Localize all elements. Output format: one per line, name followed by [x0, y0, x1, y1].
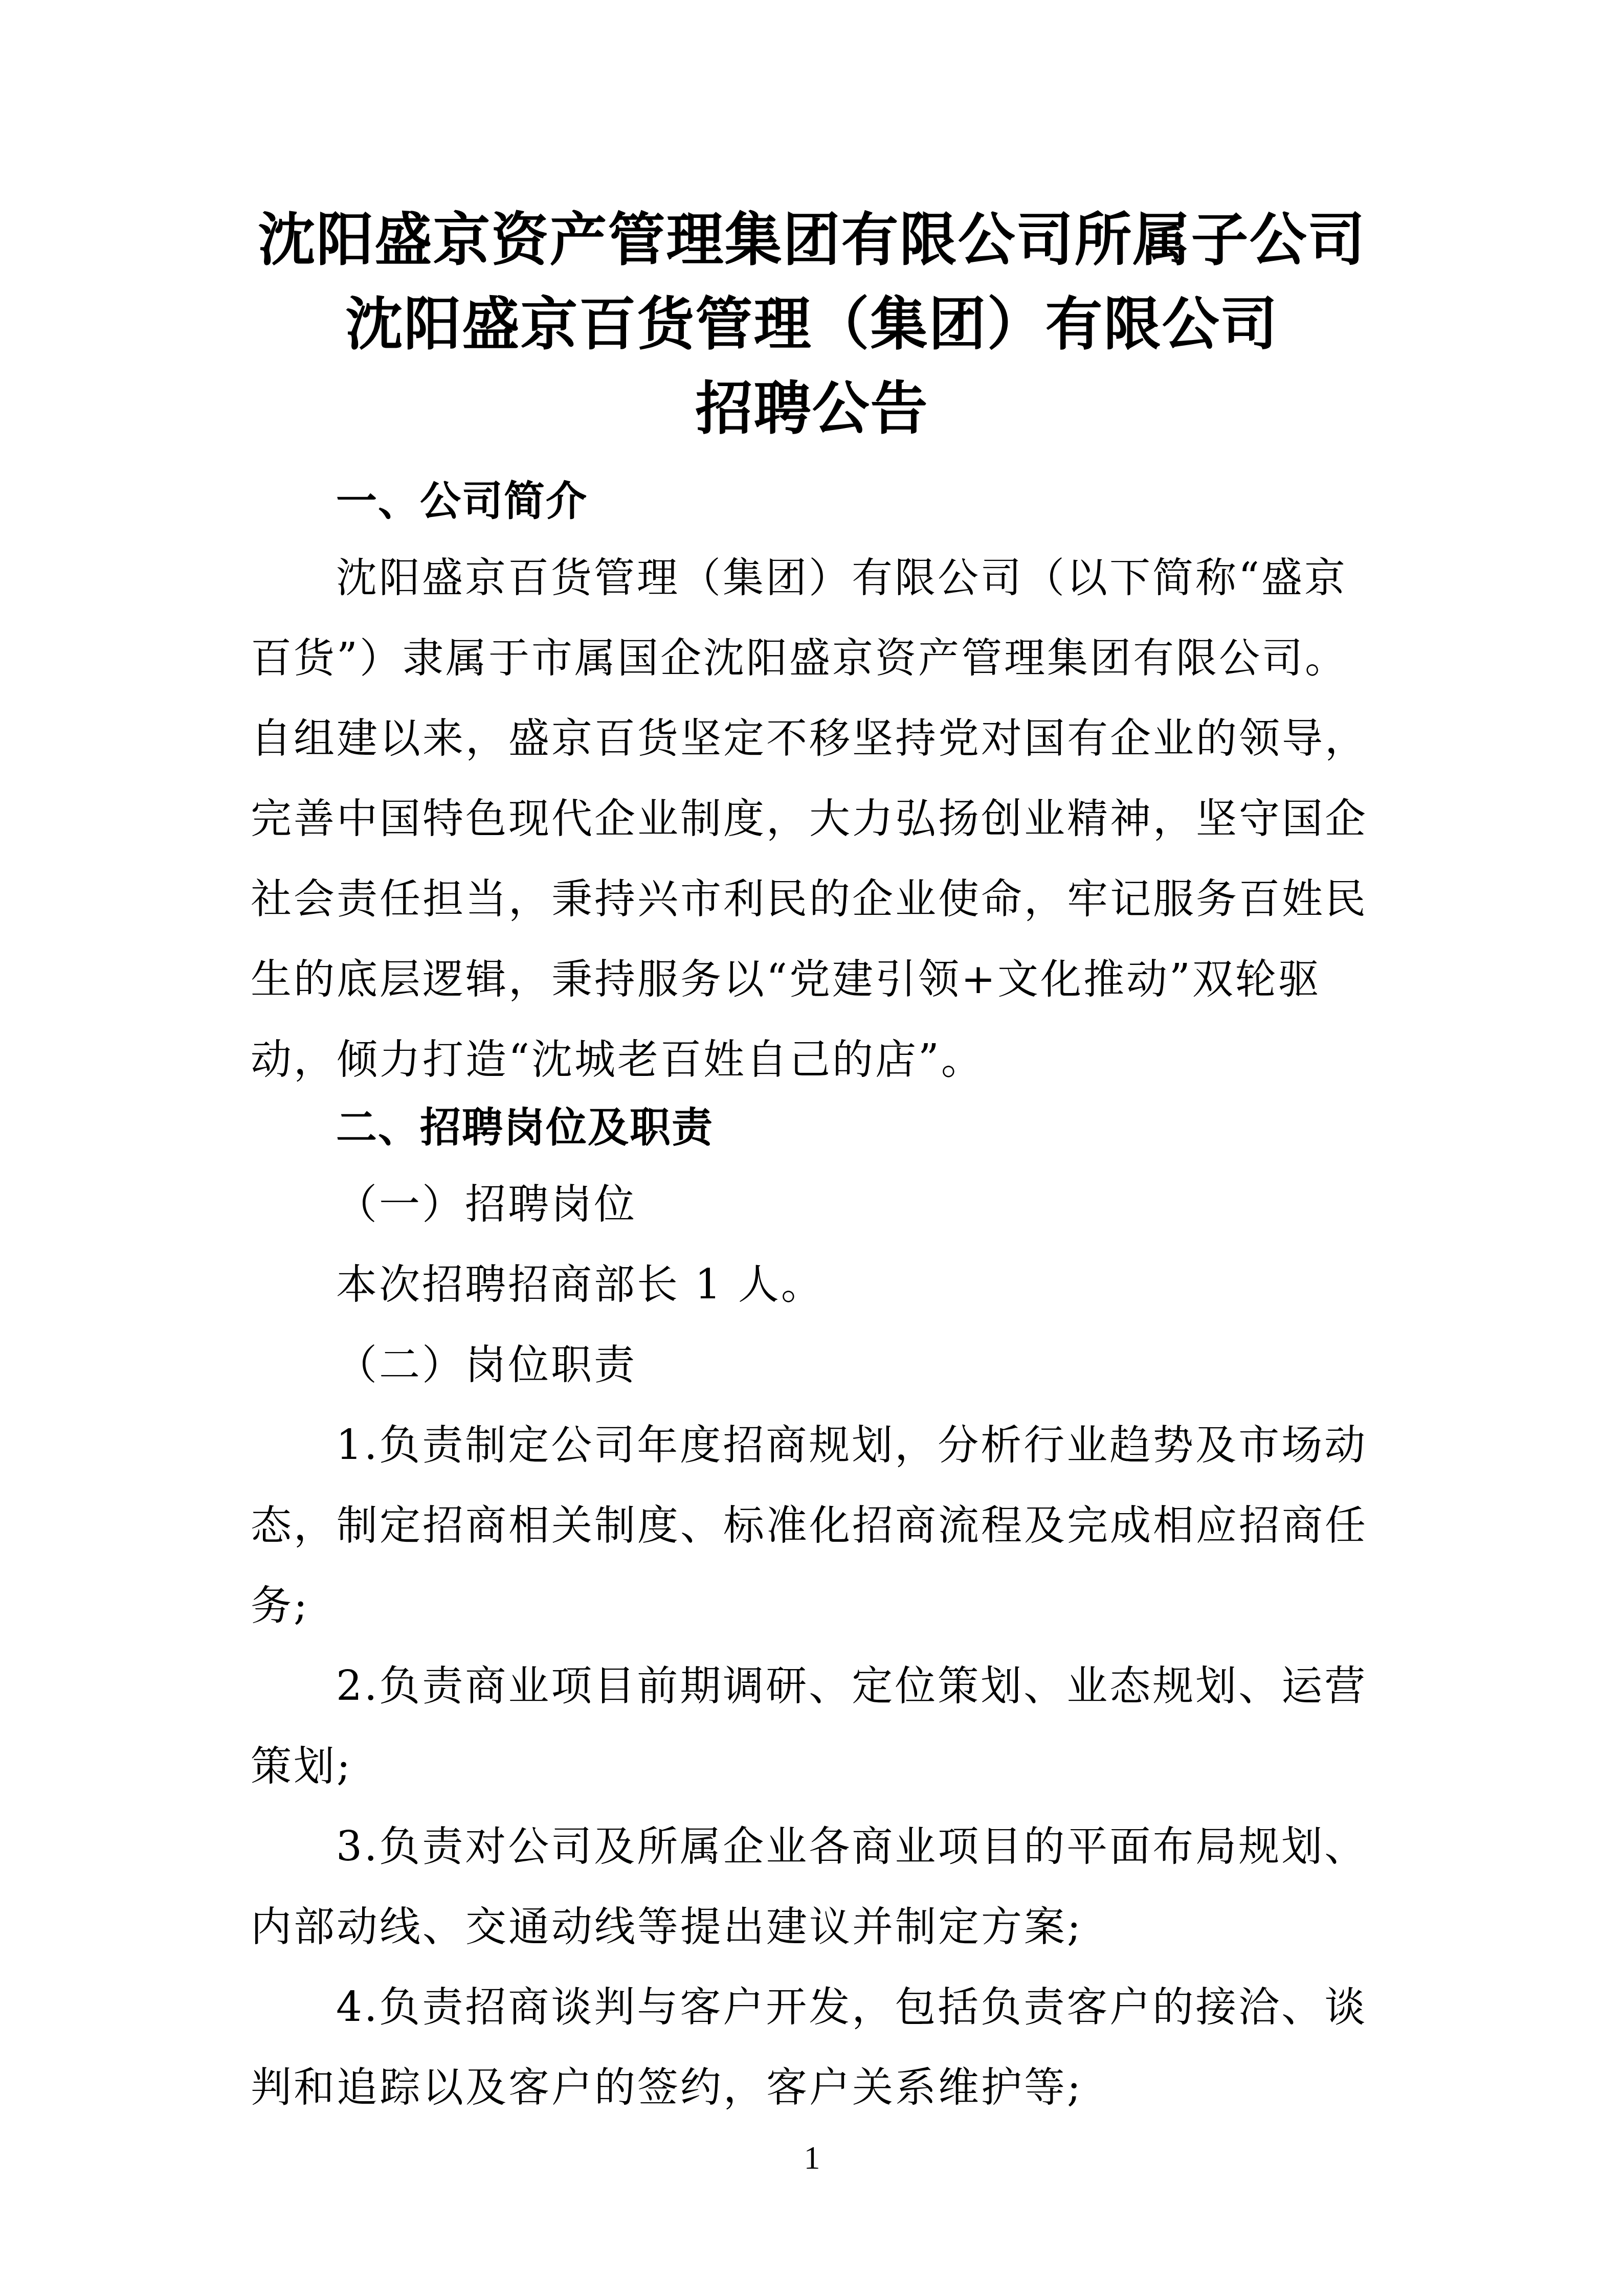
duty-item-3-cont: 内部动线、交通动线等提出建议并制定方案;	[251, 1899, 1376, 1955]
paragraph-line: 沈阳盛京百货管理（集团）有限公司（以下简称“盛京	[336, 550, 1461, 606]
paragraph-line: 生的底层逻辑，秉持服务以“党建引领+文化推动”双轮驱	[251, 951, 1376, 1007]
duty-item-1: 1.负责制定公司年度招商规划，分析行业趋势及市场动	[336, 1417, 1461, 1473]
page-number: 1	[0, 2137, 1624, 2178]
paragraph-line: 动，倾力打造“沈城老百姓自己的店”。	[251, 1031, 1376, 1088]
positions-text: 本次招聘招商部长 1 人。	[336, 1256, 1461, 1313]
paragraph-line: 完善中国特色现代企业制度，大力弘扬创业精神，坚守国企	[251, 791, 1376, 847]
title-line-announcement: 招聘公告	[0, 373, 1624, 445]
title-line-parent-company: 沈阳盛京资产管理集团有限公司所属子公司	[0, 205, 1624, 276]
duty-item-2-cont: 策划;	[251, 1738, 1376, 1794]
paragraph-line: 自组建以来，盛京百货坚定不移坚持党对国有企业的领导，	[251, 710, 1376, 767]
section-heading-company-profile: 一、公司简介	[336, 473, 1461, 529]
subsection-heading-positions: （一）招聘岗位	[336, 1176, 1461, 1232]
section-heading-positions-duties: 二、招聘岗位及职责	[336, 1099, 1461, 1156]
duty-item-4: 4.负责招商谈判与客户开发，包括负责客户的接洽、谈	[336, 1979, 1461, 2035]
subsection-heading-duties: （二）岗位职责	[336, 1337, 1461, 1393]
document-page: 沈阳盛京资产管理集团有限公司所属子公司 沈阳盛京百货管理（集团）有限公司 招聘公…	[0, 0, 1624, 2296]
duty-item-4-cont: 判和追踪以及客户的签约，客户关系维护等;	[251, 2059, 1376, 2115]
duty-item-2: 2.负责商业项目前期调研、定位策划、业态规划、运营	[336, 1658, 1461, 1714]
title-line-company: 沈阳盛京百货管理（集团）有限公司	[0, 289, 1624, 361]
duty-item-3: 3.负责对公司及所属企业各商业项目的平面布局规划、	[336, 1818, 1461, 1875]
paragraph-line: 社会责任担当，秉持兴市利民的企业使命，牢记服务百姓民	[251, 871, 1376, 927]
duty-item-1-cont: 务;	[251, 1578, 1376, 1634]
duty-item-1-cont: 态，制定招商相关制度、标准化招商流程及完成相应招商任	[251, 1497, 1376, 1554]
paragraph-line: 百货”）隶属于市属国企沈阳盛京资产管理集团有限公司。	[251, 630, 1376, 686]
